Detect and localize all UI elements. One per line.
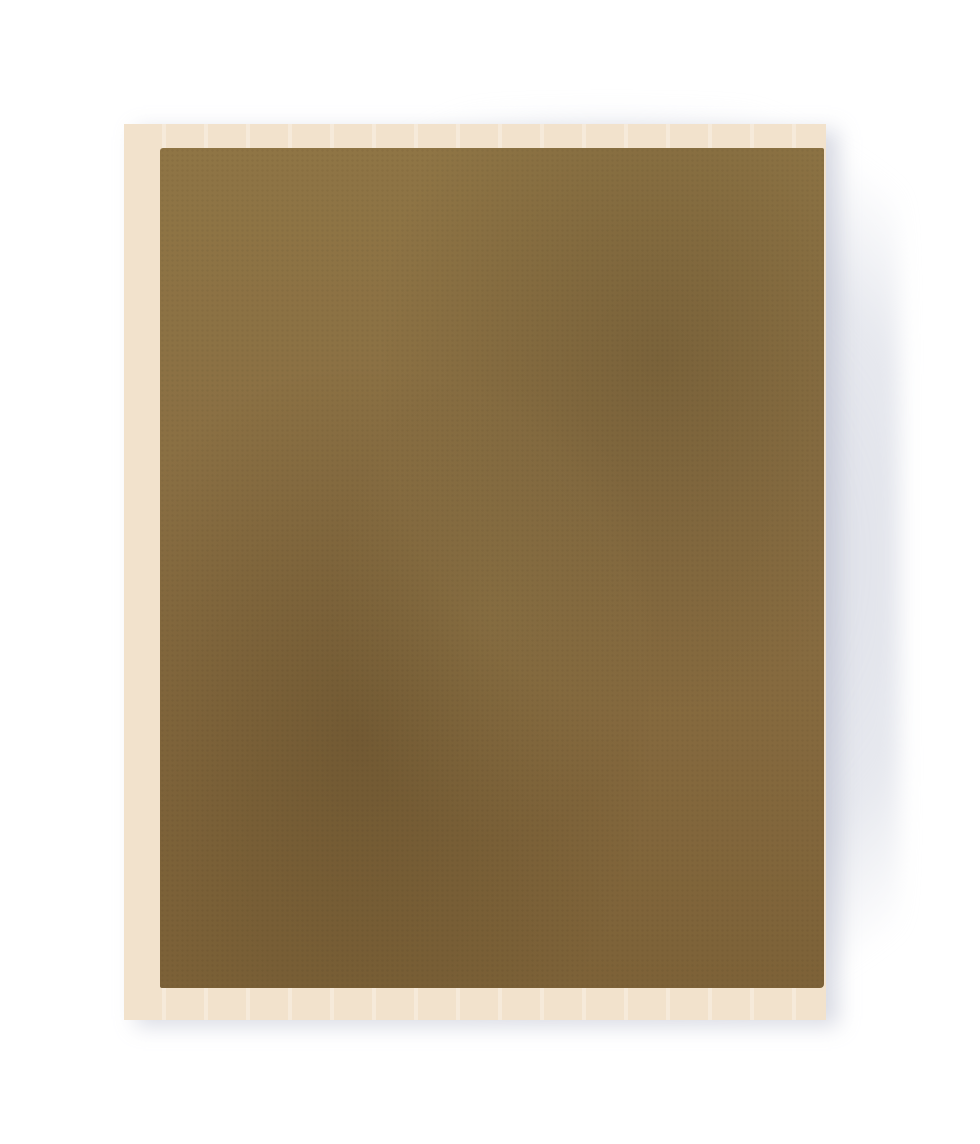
journal-leather-cover (160, 148, 824, 988)
